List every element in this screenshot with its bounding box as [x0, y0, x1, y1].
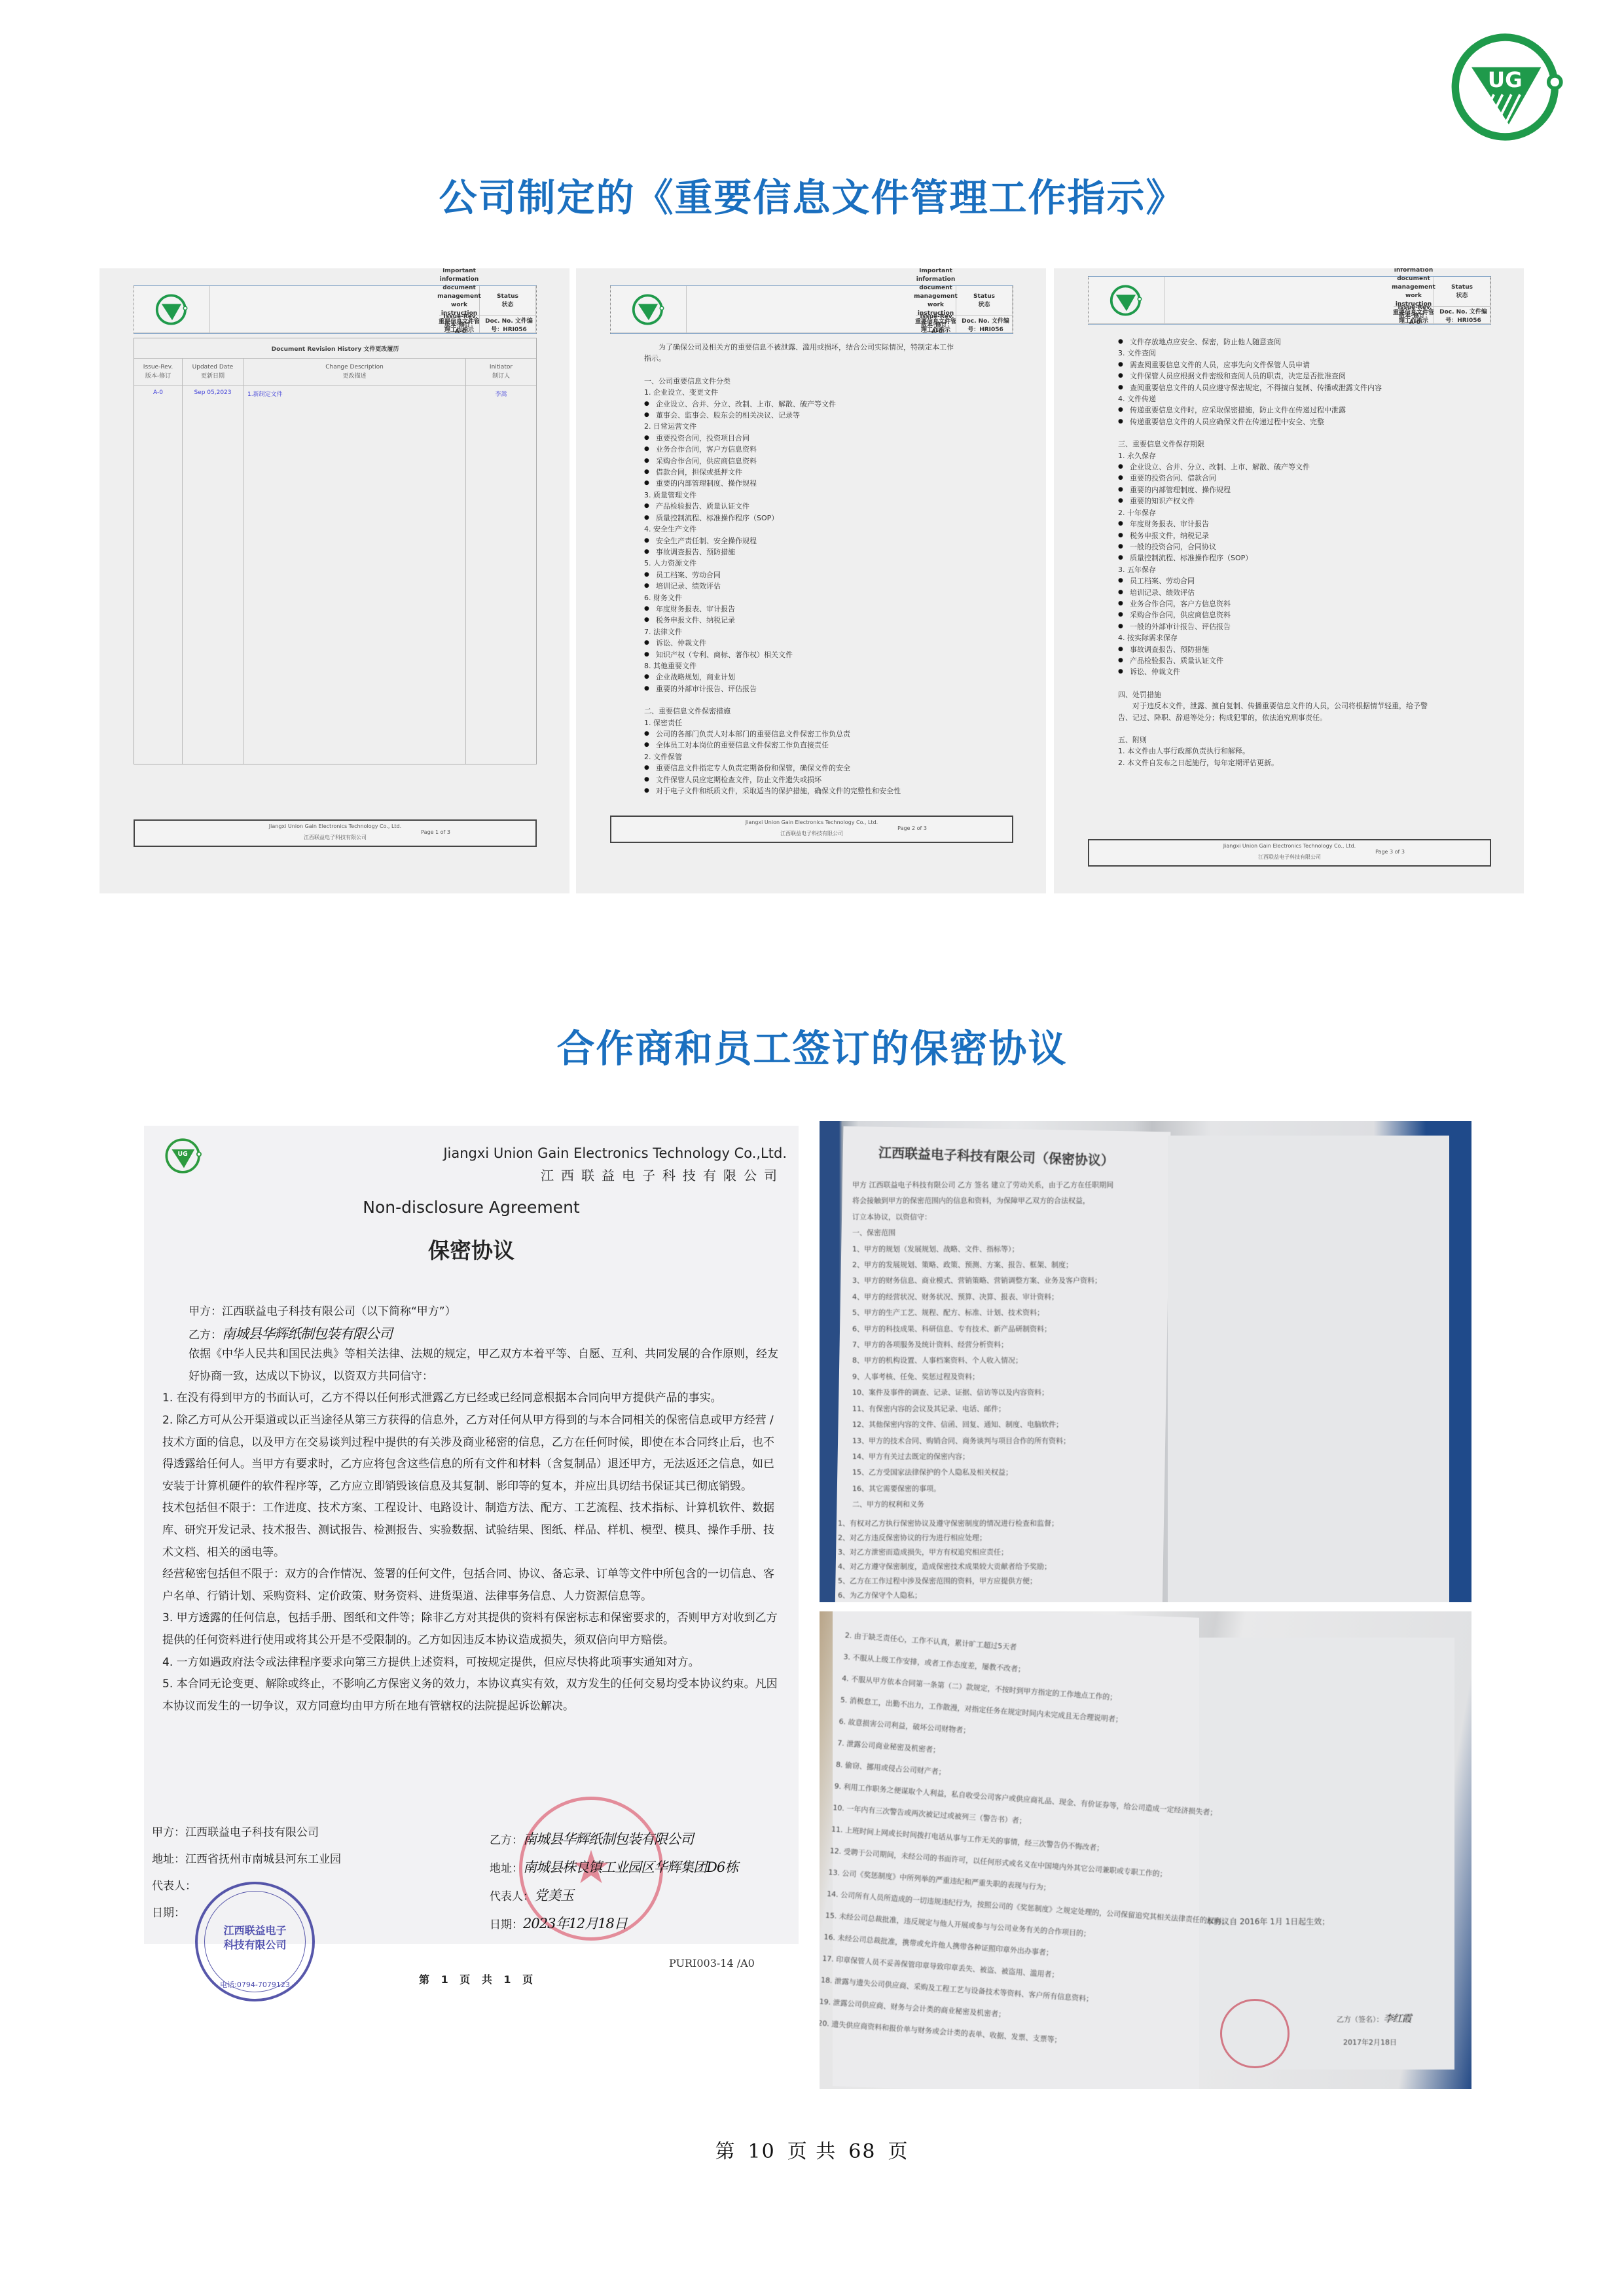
revision-history-caption: Document Revision History 文件更改履历 [134, 338, 536, 359]
bullet-item: 重要投资合同，投资项目合同 [644, 433, 958, 444]
bullet-item: 安全生产责任制、安全操作规程 [644, 535, 958, 547]
current-page: 10 [748, 2140, 776, 2163]
text-line: 1、有权对乙方执行保密协议及遵守保密制度的情况进行检查和监督； [838, 1516, 1102, 1531]
heading-line: 3. 五年保存 [1118, 564, 1432, 575]
heading-line: 8. 其他重要文件 [644, 660, 958, 672]
bullet-item: 董事会、监事会、股东会的相关决议、记录等 [644, 410, 958, 421]
employee-agreement-photo-2: 2. 由于缺乏责任心，工作不认真，累计旷工超过5天者3. 不服从上级工作安排，或… [820, 1611, 1471, 2089]
instruction-page-2: Important information document managemen… [576, 268, 1046, 893]
bullet-item: 采购合作合同，供应商信息资料 [1118, 609, 1432, 620]
nda-logo: UG [164, 1136, 204, 1176]
doc-body: 为了确保公司及相关方的重要信息不被泄露、滥用或损坏，结合公司实际情况，特制定本工… [644, 342, 958, 797]
text-line: 6、甲方的科技成果、科研信息、专有技术、新产品研制资料； [852, 1321, 1113, 1337]
total-pages: 68 [848, 2140, 876, 2163]
employee-agreement-photo-1: 江西联益电子科技有限公司（保密协议） 甲方 江西联益电子科技有限公司 乙方 签名… [820, 1121, 1471, 1602]
nda-paragraph: 4. 一方如遇政府法令或法律程序要求向第三方提供上述资料，可按规定提供，但应尽快… [162, 1652, 784, 1674]
doc-header: Important information document managemen… [1088, 276, 1491, 325]
bullet-item: 质量控制流程、标准操作程序（SOP） [644, 512, 958, 524]
heading-line: 二、重要信息文件保密措施 [644, 706, 958, 717]
text-line: 7、甲方的各项服务及统计资料、经营分析资料； [852, 1337, 1113, 1353]
header-status-value [210, 286, 439, 333]
column-updated-date: Updated Date更新日期 Sep 05,2023 [183, 359, 244, 764]
header-title: Important information document managemen… [439, 286, 480, 316]
heading-line: 2. 十年保存 [1118, 507, 1432, 518]
photo2-text: 2. 由于缺乏责任心，工作不认真，累计旷工超过5天者3. 不服从上级工作安排，或… [820, 1624, 1248, 2062]
bullet-item: 企业设立、合并、分立、改制、上市、解散、破产等文件 [1118, 461, 1432, 473]
header-issue-rev: Issue-Rev. 版本-修订：A-0 [916, 316, 956, 333]
heading-line: 1. 本文件由人事行政部负责执行和解释。 [1118, 745, 1432, 757]
bullet-item: 诉讼、仲裁文件 [644, 637, 958, 649]
header-status-value [687, 286, 916, 333]
nda-company-cn: 江西联益电子科技有限公司 [541, 1165, 784, 1184]
text-line: 12、其他保密内容的文件、信函、回复、通知、制度、电脑软件； [852, 1417, 1113, 1433]
revision-history-table: Document Revision History 文件更改履历 Issue-R… [134, 338, 537, 764]
text-line: 订立本协议，以资信守： [852, 1210, 1113, 1225]
bullet-item: 培训记录、绩效评估 [644, 581, 958, 592]
cell-description: 1.新制定文件 [244, 386, 465, 402]
nda-paragraph: 1. 在没有得到甲方的书面认可，乙方不得以任何形式泄露乙方已经或已经同意根据本合… [162, 1388, 784, 1410]
text-line: 2、甲方的发展规划、策略、政策、预测、方案、报告、框架、制度； [852, 1257, 1113, 1273]
bullet-item: 员工档案、劳动合同 [1118, 575, 1432, 586]
header-status: Status状态 [956, 286, 1013, 316]
bullet-item: 查阅重要信息文件的人员应遵守保密规定，不得擅自复制、传播或泄露文件内容 [1118, 382, 1432, 393]
column-change-description: Change Description更改描述 1.新制定文件 [244, 359, 466, 764]
heading-line: 6. 财务文件 [644, 592, 958, 603]
signature-block-party-b: 乙方：南城县华辉纸制包装有限公司 地址：南城县株良镇工业园区华辉集团D6栋 代表… [490, 1826, 738, 1939]
company-logo: UG [1447, 25, 1571, 149]
nda-title-cn: 保密协议 [144, 1234, 799, 1265]
spacer [1118, 678, 1432, 689]
bullet-item: 员工档案、劳动合同 [644, 569, 958, 581]
bullet-item: 企业设立、合并、分立、改制、上市、解散、破产等文件 [644, 399, 958, 410]
svg-text:UG: UG [178, 1151, 188, 1158]
doc-header: Important information document managemen… [610, 285, 1013, 334]
section-title-nda: 合作商和员工签订的保密协议 [0, 1018, 1624, 1073]
spacer [644, 365, 958, 376]
text-line: 8、甲方的机构设置、人事档案资料、个人收入情况； [852, 1353, 1113, 1369]
nda-paragraph: 技术包括但不限于：工作进度、技术方案、工程设计、电路设计、制造方法、配方、工艺流… [162, 1498, 784, 1564]
bullet-item: 重要的内部管理制度、操作规程 [1118, 484, 1432, 495]
header-issue-rev: Issue-Rev. 版本-修订：A-0 [439, 316, 480, 333]
page-label: Page 2 of 3 [897, 825, 927, 831]
heading-line: 四、处罚措施 [1118, 689, 1432, 700]
photo2-sign-date: 2017年2月18日 [1343, 2034, 1397, 2051]
bullet-item: 诉讼、仲裁文件 [1118, 666, 1432, 677]
form-code: PURI003-14 /A0 [669, 1957, 755, 1969]
text-line: 3、甲方的财务信息、商业模式、营销策略、营销调整方案、业务及客户资料； [852, 1273, 1113, 1289]
heading-line: 2. 本文件自发布之日起施行，每年定期评估更新。 [1118, 757, 1432, 768]
ug-logo-icon [631, 292, 666, 327]
doc-body: 文件存放地点应安全、保密，防止他人随意查阅3. 文件查阅需查阅重要信息文件的人员… [1118, 336, 1432, 768]
text-line: 11、有保密内容的会议及其记录、电话、邮件； [852, 1401, 1113, 1417]
heading-line: 2. 日常运营文件 [644, 421, 958, 432]
bullet-item: 文件保管人员应根据文件密级和查阅人员的职责，决定是否批准查阅 [1118, 370, 1432, 382]
text-line: 1、甲方的规划（发展规划、战略、文件、指标等）； [852, 1242, 1113, 1257]
bullet-item: 传递重要信息文件的人员应确保文件在传递过程中安全、完整 [1118, 416, 1432, 427]
heading-line: 五、附则 [1118, 734, 1432, 745]
bullet-item: 重要的投资合同、借款合同 [1118, 473, 1432, 484]
heading-line: 1. 保密责任 [644, 717, 958, 728]
party-b: 乙方：南城县华辉纸制包装有限公司 [162, 1323, 784, 1347]
column-issue-rev: Issue-Rev.版本-修订 A-0 [134, 359, 183, 764]
nda-paragraph: 经营秘密包括但不限于：双方的合作情况、签署的任何文件，包括合同、协议、备忘录、订… [162, 1564, 784, 1607]
nda-company-en: Jiangxi Union Gain Electronics Technolog… [443, 1145, 787, 1161]
heading-line: 4. 安全生产文件 [644, 524, 958, 535]
nda-paragraph: 2. 除乙方可从公开渠道或以正当途径从第三方获得的信息外，乙方对任何从甲方得到的… [162, 1410, 784, 1498]
text-line: 2、对乙方违反保密协议的行为进行相应处理； [838, 1531, 1102, 1545]
text-line: 一、保密范围 [852, 1225, 1113, 1241]
heading-line: 1. 企业设立、变更文件 [644, 387, 958, 398]
bullet-item: 文件保管人员应定期检查文件，防止文件遗失或损坏 [644, 774, 958, 785]
instruction-page-3: Important information document managemen… [1054, 268, 1524, 893]
header-doc-no: Doc. No. 文件编号：HRI056 [956, 316, 1013, 333]
text-line: 二、甲方的权利和义务 [852, 1497, 1113, 1513]
header-status-value [1164, 277, 1394, 324]
bullet-item: 重要的外部审计报告、评估报告 [644, 683, 958, 694]
bullet-item: 税务申报文件、纳税记录 [644, 615, 958, 626]
heading-line: 3. 文件查阅 [1118, 348, 1432, 359]
ug-logo-icon [1109, 283, 1144, 318]
photo1-text: 甲方 江西联益电子科技有限公司 乙方 签名 建立了劳动关系，由于乙方在任职期间将… [852, 1177, 1113, 1513]
bullet-item: 质量控制流程、标准操作程序（SOP） [1118, 552, 1432, 564]
bullet-item: 事故调查报告、预防措施 [644, 547, 958, 558]
spacer [1118, 723, 1432, 734]
bullet-item: 税务申报文件，纳税记录 [1118, 530, 1432, 541]
doc-header: Important information document managemen… [134, 285, 537, 334]
company-seal-blue: 江西联益电子科技有限公司 电话:0794-7079123 [195, 1882, 315, 2001]
heading-line: 5. 人力资源文件 [644, 558, 958, 569]
ug-logo-icon: UG [164, 1136, 204, 1176]
text-line: 4、甲方的经营状况、财务状况、预算、决算、报表、审计资料； [852, 1289, 1113, 1305]
cell-initiator: 李嵩 [466, 386, 536, 402]
bullet-item: 公司的各部门负责人对本部门的重要信息文件保密工作负总责 [644, 728, 958, 740]
text-line: 5、甲方的生产工艺、规程、配方、标准、计划、技术资料； [852, 1305, 1113, 1321]
header-doc-no: Doc. No. 文件编号：HRI056 [480, 316, 536, 333]
bullet-item: 业务合作合同，客户方信息资料 [644, 444, 958, 455]
heading-line: 2. 文件保管 [644, 751, 958, 762]
bullet-item: 培训记录、绩效评估 [1118, 587, 1432, 598]
bullet-item: 重要的内部管理制度、操作规程 [644, 478, 958, 489]
ug-logo-icon: UG [1447, 25, 1571, 149]
column-initiator: Initiator制订人 李嵩 [466, 359, 536, 764]
page-number: 第10页 共68页 [0, 2135, 1624, 2164]
nda-paragraph: 依据《中华人民共和国民法典》等相关法律、法规的规定，甲乙双方本着平等、自愿、互利… [162, 1344, 784, 1388]
heading-line: 4. 文件传递 [1118, 393, 1432, 404]
header-logo [611, 286, 687, 333]
instruction-page-1: Important information document managemen… [99, 268, 569, 893]
nda-page-info: 第 1 页 共 1 页 [419, 1971, 537, 1986]
text-line: 9、人事考核、任免、奖惩过程及资料； [852, 1369, 1113, 1385]
doc-footer: Jiangxi Union Gain Electronics Technolog… [1088, 839, 1491, 867]
heading-line: 一、公司重要信息文件分类 [644, 376, 958, 387]
doc-footer: Jiangxi Union Gain Electronics Technolog… [134, 819, 537, 847]
text-line: 15、乙方受国家法律保护的个人隐私及相关权益； [852, 1465, 1113, 1480]
heading-line: 1. 永久保存 [1118, 450, 1432, 461]
bullet-item: 重要信息文件指定专人负责定期备份和保管，确保文件的安全 [644, 762, 958, 774]
text-line: 10、案件及事件的调查、记录、证据、信访等以及内容资料； [852, 1385, 1113, 1401]
text-line: 6、为乙方保守个人隐私； [838, 1588, 1102, 1602]
header-issue-rev: Issue-Rev. 版本-修订：A-0 [1394, 307, 1434, 324]
cell-rev: A-0 [134, 386, 182, 400]
page-label: Page 1 of 3 [421, 829, 450, 835]
bullet-item: 事故调查报告、预防措施 [1118, 644, 1432, 655]
nda-title-en: Non-disclosure Agreement [144, 1198, 799, 1217]
text-line: 将会接触到甲方的保密范围内的信息和资料，为保障甲乙双方的合法权益， [852, 1193, 1113, 1209]
party-b-handwritten: 南城县华辉纸制包装有限公司 [222, 1326, 392, 1342]
svg-text:UG: UG [1488, 67, 1523, 92]
bullet-item: 一般的外部审计报告、评估报告 [1118, 621, 1432, 632]
header-logo [134, 286, 210, 333]
bullet-item: 产品检验报告、质量认证文件 [1118, 655, 1432, 666]
bullet-item: 企业战略规划，商业计划 [644, 672, 958, 683]
text-line: 3、对乙方泄密而造成损失，甲方有权追究相应责任； [838, 1545, 1102, 1560]
nda-paragraph: 5. 本合同无论变更、解除或终止，不影响乙方保密义务的效力，本协议真实有效，双方… [162, 1674, 784, 1717]
bullet-item: 重要的知识产权文件 [1118, 495, 1432, 507]
text-line: 13、甲方的技术合同、购销合同、商务谈判与项目合作的所有资料； [852, 1433, 1113, 1449]
bullet-item: 采购合作合同，供应商信息资料 [644, 456, 958, 467]
spacer [644, 694, 958, 706]
header-status: Status状态 [480, 286, 536, 316]
party-a: 甲方：江西联益电子科技有限公司（以下简称“甲方”） [162, 1301, 784, 1323]
bullet-item: 一般的投资合同，合同协议 [1118, 541, 1432, 552]
photo2-effective: 本协议自 2016年 1月 1日起生效； [1206, 1914, 1329, 1930]
cell-date: Sep 05,2023 [183, 386, 243, 400]
bullet-item: 对于电子文件和纸质文件，采取适当的保护措施，确保文件的完整性和安全性 [644, 785, 958, 797]
header-status: Status状态 [1434, 277, 1490, 307]
header-doc-no: Doc. No. 文件编号：HRI056 [1434, 307, 1490, 324]
bullet-item: 知识产权（专利、商标、著作权）相关文件 [644, 649, 958, 660]
bullet-item: 传递重要信息文件时，应采取保密措施，防止文件在传递过程中泄露 [1118, 404, 1432, 416]
text-line: 14、甲方有关过去既定的保密内容； [852, 1449, 1113, 1465]
nda-body: 甲方：江西联益电子科技有限公司（以下简称“甲方”） 乙方：南城县华辉纸制包装有限… [162, 1301, 784, 1717]
header-title: Important information document managemen… [916, 286, 956, 316]
bullet-item: 全体员工对本岗位的重要信息文件保密工作负直接责任 [644, 740, 958, 751]
bullet-item: 借款合同，担保或抵押文件 [644, 467, 958, 478]
bullet-item: 需查阅重要信息文件的人员，应事先向文件保管人员申请 [1118, 359, 1432, 370]
heading-line: 4. 按实际需求保存 [1118, 632, 1432, 643]
heading-line: 7. 法律文件 [644, 626, 958, 637]
nda-paragraph: 3. 甲方透露的任何信息，包括手册、图纸和文件等；除非乙方对其提供的资料有保密标… [162, 1607, 784, 1651]
photo1-text-2: 1、有权对乙方执行保密协议及遵守保密制度的情况进行检查和监督；2、对乙方违反保密… [838, 1516, 1102, 1602]
text-line: 4、对乙方遵守保密制度，造成保密技术成果较大贡献者给予奖励； [838, 1560, 1102, 1574]
photo2-signature: 乙方（签名）：李红霞 [1337, 2011, 1411, 2028]
heading-line: 三、重要信息文件保存期限 [1118, 439, 1432, 450]
doc-footer: Jiangxi Union Gain Electronics Technolog… [610, 816, 1013, 843]
paragraph: 对于违反本文件，泄露、擅自复制、传播重要信息文件的人员，公司将根据情节轻重，给予… [1118, 700, 1432, 723]
bullet-item: 文件存放地点应安全、保密，防止他人随意查阅 [1118, 336, 1432, 348]
bullet-item: 年度财务报表、审计报告 [644, 603, 958, 615]
header-title: Important information document managemen… [1394, 277, 1434, 307]
spacer [1118, 427, 1432, 439]
heading-line: 3. 质量管理文件 [644, 490, 958, 501]
text-line: 甲方 江西联益电子科技有限公司 乙方 签名 建立了劳动关系，由于乙方在任职期间 [852, 1177, 1113, 1193]
section-title-instruction: 公司制定的《重要信息文件管理工作指示》 [0, 167, 1624, 222]
bullet-item: 业务合作合同，客户方信息资料 [1118, 598, 1432, 609]
paragraph: 为了确保公司及相关方的重要信息不被泄露、滥用或损坏，结合公司实际情况，特制定本工… [644, 342, 958, 365]
bullet-item: 年度财务报表、审计报告 [1118, 518, 1432, 529]
photo2-seal [1220, 1999, 1290, 2068]
text-line: 16、其它需要保密的事项。 [852, 1481, 1113, 1497]
ug-logo-icon [154, 292, 190, 327]
page-label: Page 3 of 3 [1375, 849, 1405, 855]
text-line: 5、乙方在工作过程中涉及保密范围的资料，甲方应提供方便； [838, 1574, 1102, 1588]
header-logo [1089, 277, 1164, 324]
bullet-item: 产品检验报告、质量认证文件 [644, 501, 958, 512]
